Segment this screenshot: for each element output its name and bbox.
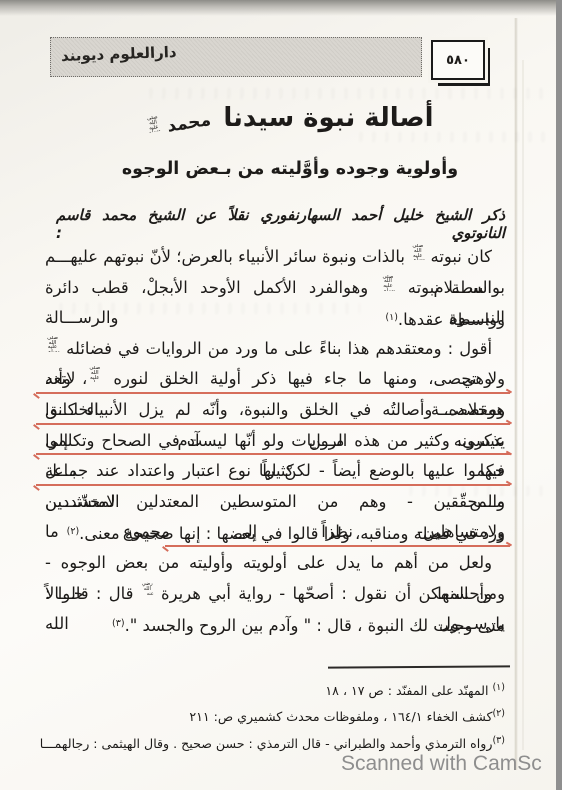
text-line: أقول : ومعتقدهم هذا بناءً على ما ورد من … — [45, 334, 505, 365]
text-line: ومن الممكن أن نقول : أصحّها - رواية أبي … — [45, 579, 505, 610]
footnote-separator — [328, 665, 510, 668]
footnote-marker: (١) — [492, 682, 505, 693]
red-underline — [36, 453, 510, 455]
page-number-box: ٥٨٠ — [431, 40, 485, 80]
text-line: حكموا عليها بالوضع أيضاً - لكنْ لها نوع … — [45, 456, 505, 487]
pbuh-mark: صلى الله عليه وسلم — [87, 366, 102, 382]
scanned-book-page: { "colors": { "underline_red": "#d05a46"… — [0, 0, 562, 790]
chapter-title: أصالة نبوة سيدنا — [223, 103, 433, 133]
scan-top-shadow — [0, 0, 562, 16]
footnote-marker: (٢) — [492, 708, 505, 719]
footnote-marker: (٣) — [112, 618, 125, 629]
footnotes-block: (١) المهنّد على المفنّد : ص ١٧ ، ١٨(٢)كش… — [38, 676, 505, 755]
library-stamp-bar: دارالعلوم ديوبند — [50, 37, 422, 77]
camscanner-watermark: Scanned with CamSc — [341, 752, 542, 776]
text-line: ولعل من أهم ما يدل على أولويته وأوليته م… — [45, 548, 505, 579]
pbuh-mark: صلى الله عليه وسلم — [410, 244, 425, 260]
text-line: متى وجبت لك النبوة ، قال : " وآدم بين ال… — [45, 609, 505, 640]
scan-right-edge — [556, 0, 562, 790]
chapter-subtitle: وأولوية وجوده وأوَّليته من بـعض الوجوه — [30, 159, 550, 179]
pbuh-mark: صلى الله عليه وسلم — [380, 275, 395, 291]
red-underline — [165, 545, 510, 547]
footnote-marker: (٣) — [492, 735, 505, 746]
footnote-marker: (٢) — [67, 526, 80, 537]
stamp-text: دارالعلوم ديوبند — [61, 43, 177, 65]
page-number: ٥٨٠ — [446, 53, 470, 68]
pbuh-mark: صلى الله عليه وسلم — [145, 115, 162, 133]
text-line: كان نبوته صلى الله عليه وسلم بالذات ونبو… — [45, 242, 505, 273]
text-line: ولا تحصى، ومنها ما جاء فيها ذكر أولية ال… — [45, 364, 505, 395]
text-line: والمحقّقين - وهم من المتوسطين المعتدلين … — [45, 487, 505, 518]
chapter-title-row: أصالة نبوة سيدنا محمد صلى الله عليه وسلم — [30, 103, 550, 135]
footnote-line: (٢)كشف الخفاء ١٦٤/١ ، وملفوظات محدث كشمي… — [38, 702, 505, 728]
text-line: ورد في فضله ومناقبه، ولذا قالوا في بعضها… — [45, 517, 505, 548]
pbuh-mark: صلى الله عليه وسلم — [45, 336, 60, 352]
red-underline — [36, 484, 510, 486]
text-line: وواسطة عقدها.(١) — [45, 303, 505, 334]
text-line: عيسى. وكثير من هذه الروايات ولو أنّها لي… — [45, 426, 505, 457]
red-underline — [36, 392, 510, 394]
radiallahu-mark: رضي الله عنه — [141, 582, 154, 596]
footnote-line: (١) المهنّد على المفنّد : ص ١٧ ، ١٨ — [38, 676, 505, 702]
red-underline — [36, 423, 510, 425]
bleed-through — [150, 88, 545, 99]
attribution-line: ذكر الشيخ خليل أحمد السهارنفوري نقلاً عن… — [56, 206, 505, 242]
text-line: بواسطة نبوته صلى الله عليه وسلم وهوالفرد… — [45, 273, 505, 304]
footnote-marker: (١) — [385, 312, 398, 323]
body-lines: كان نبوته صلى الله عليه وسلم بالذات ونبو… — [45, 242, 505, 640]
text-line: ومقصده، وأصالتُه في الخلق والنبوة، وأنّه… — [45, 395, 505, 426]
muhammad-calligraphy: محمد صلى الله عليه وسلم — [145, 107, 213, 140]
